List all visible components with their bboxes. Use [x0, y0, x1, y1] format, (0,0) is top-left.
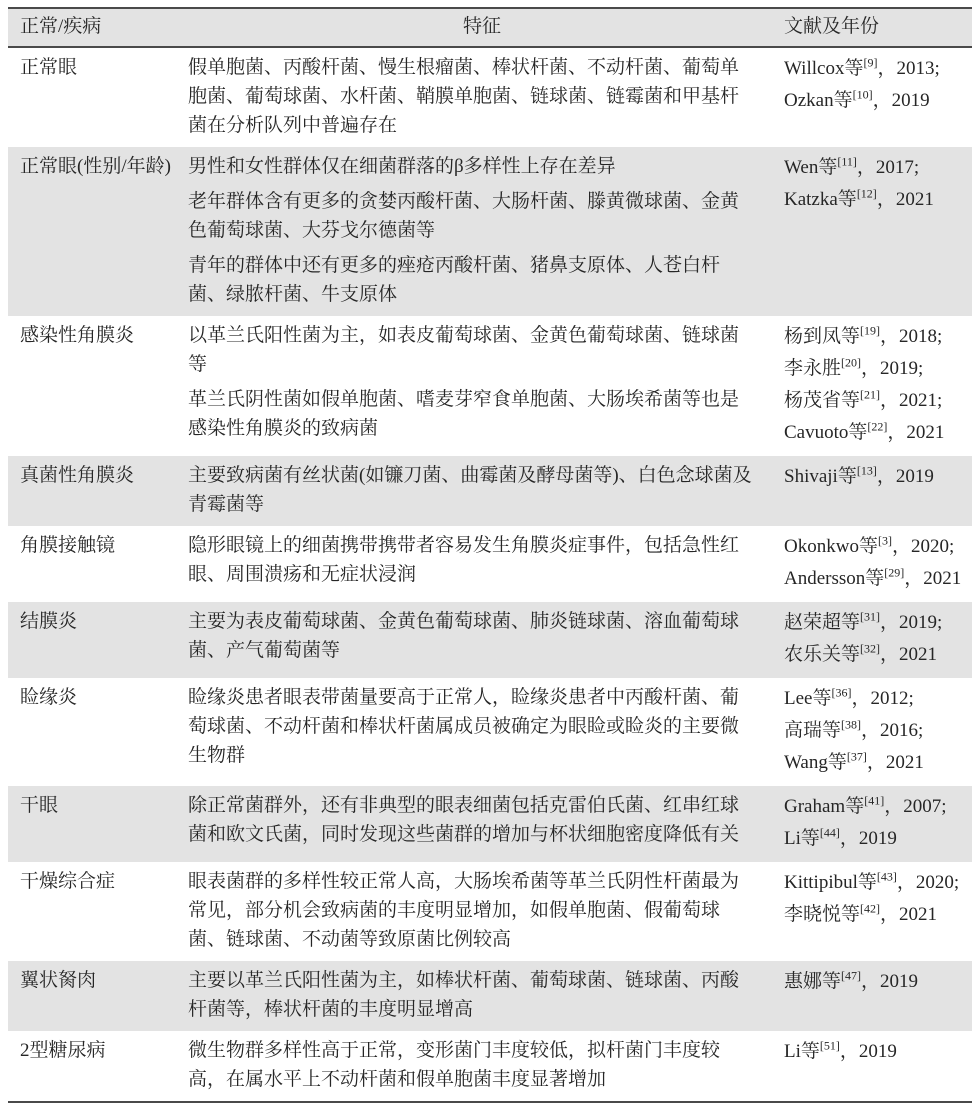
reference-year: ，2019; [880, 612, 942, 633]
citation-marker: [43] [877, 870, 897, 884]
feature-paragraph: 主要致病菌有丝状菌(如镰刀菌、曲霉菌及酵母菌等)、白色念球菌及青霉菌等 [188, 461, 754, 519]
reference-author: Willcox等 [784, 58, 863, 79]
reference-entry: Cavuoto等[22]，2021 [784, 417, 970, 449]
condition-cell: 2型糖尿病 [8, 1031, 188, 1102]
reference-author: Wen等 [784, 157, 837, 178]
reference-year: ，2012; [851, 688, 913, 709]
condition-cell: 正常眼 [8, 47, 188, 147]
feature-paragraph: 隐形眼镜上的细菌携带携带者容易发生角膜炎症事件，包括急性红眼、周围溃疡和无症状浸… [188, 531, 754, 589]
reference-entry: Willcox等[9]，2013; [784, 53, 970, 85]
reference-author: Ozkan等 [784, 90, 853, 111]
citation-marker: [22] [867, 420, 887, 434]
feature-paragraph: 眼表菌群的多样性较正常人高，大肠埃希菌等革兰氏阴性杆菌最为常见，部分机会致病菌的… [188, 867, 754, 954]
reference-author: Shivaji等 [784, 466, 857, 487]
references-cell: Lee等[36]，2012;高瑞等[38]，2016;Wang等[37]，202… [776, 678, 972, 786]
features-cell: 以革兰氏阳性菌为主，如表皮葡萄球菌、金黄色葡萄球菌、链球菌等革兰氏阴性菌如假单胞… [188, 316, 776, 456]
references-cell: Wen等[11]，2017;Katzka等[12]，2021 [776, 147, 972, 316]
feature-paragraph: 假单胞菌、丙酸杆菌、慢生根瘤菌、棒状杆菌、不动杆菌、葡萄单胞菌、葡萄球菌、水杆菌… [188, 53, 754, 140]
feature-paragraph: 男性和女性群体仅在细菌群落的β多样性上存在差异 [188, 152, 754, 181]
citation-marker: [13] [857, 464, 877, 478]
reference-author: Katzka等 [784, 189, 857, 210]
table-row: 真菌性角膜炎主要致病菌有丝状菌(如镰刀菌、曲霉菌及酵母菌等)、白色念球菌及青霉菌… [8, 456, 972, 526]
reference-entry: 李永胜[20]，2019; [784, 353, 970, 385]
feature-paragraph: 主要为表皮葡萄球菌、金黄色葡萄球菌、肺炎链球菌、溶血葡萄球菌、产气葡萄菌等 [188, 607, 754, 665]
reference-author: Kittipibul等 [784, 872, 877, 893]
feature-paragraph: 睑缘炎患者眼表带菌量要高于正常人，睑缘炎患者中丙酸杆菌、葡萄球菌、不动杆菌和棒状… [188, 683, 754, 770]
reference-year: ，2021 [880, 644, 937, 665]
table-row: 2型糖尿病微生物群多样性高于正常，变形菌门丰度较低，拟杆菌门丰度较高，在属水平上… [8, 1031, 972, 1102]
reference-year: ，2016; [861, 720, 923, 741]
condition-cell: 翼状胬肉 [8, 961, 188, 1031]
header-row: 正常/疾病 特征 文献及年份 [8, 8, 972, 47]
citation-marker: [10] [853, 88, 873, 102]
reference-author: 杨茂省等 [784, 390, 860, 411]
feature-paragraph: 革兰氏阴性菌如假单胞菌、嗜麦芽窄食单胞菌、大肠埃希菌等也是感染性角膜炎的致病菌 [188, 385, 754, 443]
features-cell: 主要致病菌有丝状菌(如镰刀菌、曲霉菌及酵母菌等)、白色念球菌及青霉菌等 [188, 456, 776, 526]
reference-entry: 赵荣超等[31]，2019; [784, 607, 970, 639]
reference-year: ，2020; [892, 536, 954, 557]
citation-marker: [21] [860, 388, 880, 402]
reference-author: Wang等 [784, 752, 847, 773]
paper-table-container: 正常/疾病 特征 文献及年份 正常眼假单胞菌、丙酸杆菌、慢生根瘤菌、棒状杆菌、不… [0, 0, 980, 1103]
column-header-features: 特征 [188, 8, 776, 47]
table-row: 感染性角膜炎以革兰氏阳性菌为主，如表皮葡萄球菌、金黄色葡萄球菌、链球菌等革兰氏阴… [8, 316, 972, 456]
column-header-references: 文献及年份 [776, 8, 972, 47]
reference-entry: Lee等[36]，2012; [784, 683, 970, 715]
reference-author: Cavuoto等 [784, 422, 867, 443]
reference-year: ，2019 [861, 971, 918, 992]
features-cell: 隐形眼镜上的细菌携带携带者容易发生角膜炎症事件，包括急性红眼、周围溃疡和无症状浸… [188, 526, 776, 602]
citation-marker: [9] [863, 56, 877, 70]
features-cell: 睑缘炎患者眼表带菌量要高于正常人，睑缘炎患者中丙酸杆菌、葡萄球菌、不动杆菌和棒状… [188, 678, 776, 786]
reference-entry: Li等[44]，2019 [784, 823, 970, 855]
reference-entry: 惠娜等[47]，2019 [784, 966, 970, 998]
references-cell: Okonkwo等[3]，2020;Andersson等[29]，2021 [776, 526, 972, 602]
ocular-microbiome-table: 正常/疾病 特征 文献及年份 正常眼假单胞菌、丙酸杆菌、慢生根瘤菌、棒状杆菌、不… [8, 7, 972, 1103]
reference-year: ，2021 [877, 189, 934, 210]
features-cell: 男性和女性群体仅在细菌群落的β多样性上存在差异老年群体含有更多的贪婪丙酸杆菌、大… [188, 147, 776, 316]
reference-author: 赵荣超等 [784, 612, 860, 633]
condition-cell: 干燥综合症 [8, 862, 188, 961]
reference-year: ，2019 [840, 1041, 897, 1062]
feature-paragraph: 以革兰氏阳性菌为主，如表皮葡萄球菌、金黄色葡萄球菌、链球菌等 [188, 321, 754, 379]
condition-cell: 角膜接触镜 [8, 526, 188, 602]
reference-year: ，2018; [880, 326, 942, 347]
condition-cell: 睑缘炎 [8, 678, 188, 786]
reference-entry: Okonkwo等[3]，2020; [784, 531, 970, 563]
reference-author: 李晓悦等 [784, 904, 860, 925]
reference-entry: Andersson等[29]，2021 [784, 563, 970, 595]
reference-author: Andersson等 [784, 568, 884, 589]
reference-entry: Wen等[11]，2017; [784, 152, 970, 184]
reference-author: Li等 [784, 828, 820, 849]
reference-author: Li等 [784, 1041, 820, 1062]
references-cell: Shivaji等[13]，2019 [776, 456, 972, 526]
reference-entry: 杨茂省等[21]，2021; [784, 385, 970, 417]
feature-paragraph: 青年的群体中还有更多的痤疮丙酸杆菌、猪鼻支原体、人苍白杆菌、绿脓杆菌、牛支原体 [188, 251, 754, 309]
reference-author: 李永胜 [784, 358, 841, 379]
citation-marker: [32] [860, 642, 880, 656]
condition-cell: 真菌性角膜炎 [8, 456, 188, 526]
table-row: 正常眼假单胞菌、丙酸杆菌、慢生根瘤菌、棒状杆菌、不动杆菌、葡萄单胞菌、葡萄球菌、… [8, 47, 972, 147]
table-body: 正常眼假单胞菌、丙酸杆菌、慢生根瘤菌、棒状杆菌、不动杆菌、葡萄单胞菌、葡萄球菌、… [8, 47, 972, 1102]
features-cell: 微生物群多样性高于正常，变形菌门丰度较低，拟杆菌门丰度较高，在属水平上不动杆菌和… [188, 1031, 776, 1102]
reference-author: 惠娜等 [784, 971, 841, 992]
reference-year: ，2019 [840, 828, 897, 849]
reference-entry: Wang等[37]，2021 [784, 747, 970, 779]
reference-entry: 高瑞等[38]，2016; [784, 715, 970, 747]
reference-entry: Shivaji等[13]，2019 [784, 461, 970, 493]
citation-marker: [51] [820, 1039, 840, 1053]
reference-year: ，2020; [897, 872, 959, 893]
features-cell: 假单胞菌、丙酸杆菌、慢生根瘤菌、棒状杆菌、不动杆菌、葡萄单胞菌、葡萄球菌、水杆菌… [188, 47, 776, 147]
reference-entry: 杨到凤等[19]，2018; [784, 321, 970, 353]
table-row: 干眼除正常菌群外，还有非典型的眼表细菌包括克雷伯氏菌、红串红球菌和欧文氏菌，同时… [8, 786, 972, 862]
reference-entry: 李晓悦等[42]，2021 [784, 899, 970, 931]
feature-paragraph: 微生物群多样性高于正常，变形菌门丰度较低，拟杆菌门丰度较高，在属水平上不动杆菌和… [188, 1036, 754, 1094]
feature-paragraph: 老年群体含有更多的贪婪丙酸杆菌、大肠杆菌、滕黄微球菌、金黄色葡萄球菌、大芬戈尔德… [188, 187, 754, 245]
reference-entry: 农乐关等[32]，2021 [784, 639, 970, 671]
citation-marker: [3] [878, 534, 892, 548]
table-row: 角膜接触镜隐形眼镜上的细菌携带携带者容易发生角膜炎症事件，包括急性红眼、周围溃疡… [8, 526, 972, 602]
reference-author: Lee等 [784, 688, 831, 709]
reference-author: 农乐关等 [784, 644, 860, 665]
citation-marker: [31] [860, 610, 880, 624]
citation-marker: [12] [857, 187, 877, 201]
citation-marker: [41] [864, 794, 884, 808]
citation-marker: [38] [841, 718, 861, 732]
citation-marker: [37] [847, 750, 867, 764]
reference-year: ，2021; [880, 390, 942, 411]
table-row: 睑缘炎睑缘炎患者眼表带菌量要高于正常人，睑缘炎患者中丙酸杆菌、葡萄球菌、不动杆菌… [8, 678, 972, 786]
citation-marker: [20] [841, 356, 861, 370]
reference-year: ，2019 [873, 90, 930, 111]
features-cell: 除正常菌群外，还有非典型的眼表细菌包括克雷伯氏菌、红串红球菌和欧文氏菌，同时发现… [188, 786, 776, 862]
reference-entry: Li等[51]，2019 [784, 1036, 970, 1068]
citation-marker: [42] [860, 902, 880, 916]
table-row: 正常眼(性别/年龄)男性和女性群体仅在细菌群落的β多样性上存在差异老年群体含有更… [8, 147, 972, 316]
features-cell: 主要为表皮葡萄球菌、金黄色葡萄球菌、肺炎链球菌、溶血葡萄球菌、产气葡萄菌等 [188, 602, 776, 678]
reference-author: 杨到凤等 [784, 326, 860, 347]
reference-year: ，2021 [887, 422, 944, 443]
table-row: 干燥综合症眼表菌群的多样性较正常人高，大肠埃希菌等革兰氏阴性杆菌最为常见，部分机… [8, 862, 972, 961]
reference-author: 高瑞等 [784, 720, 841, 741]
features-cell: 主要以革兰氏阳性菌为主，如棒状杆菌、葡萄球菌、链球菌、丙酸杆菌等，棒状杆菌的丰度… [188, 961, 776, 1031]
citation-marker: [29] [884, 566, 904, 580]
feature-paragraph: 主要以革兰氏阳性菌为主，如棒状杆菌、葡萄球菌、链球菌、丙酸杆菌等，棒状杆菌的丰度… [188, 966, 754, 1024]
condition-cell: 干眼 [8, 786, 188, 862]
references-cell: 惠娜等[47]，2019 [776, 961, 972, 1031]
column-header-condition: 正常/疾病 [8, 8, 188, 47]
reference-year: ，2021 [880, 904, 937, 925]
table-row: 结膜炎主要为表皮葡萄球菌、金黄色葡萄球菌、肺炎链球菌、溶血葡萄球菌、产气葡萄菌等… [8, 602, 972, 678]
reference-year: ，2019 [877, 466, 934, 487]
features-cell: 眼表菌群的多样性较正常人高，大肠埃希菌等革兰氏阴性杆菌最为常见，部分机会致病菌的… [188, 862, 776, 961]
references-cell: Graham等[41]，2007;Li等[44]，2019 [776, 786, 972, 862]
condition-cell: 结膜炎 [8, 602, 188, 678]
reference-author: Graham等 [784, 796, 864, 817]
references-cell: Kittipibul等[43]，2020;李晓悦等[42]，2021 [776, 862, 972, 961]
table-row: 翼状胬肉主要以革兰氏阳性菌为主，如棒状杆菌、葡萄球菌、链球菌、丙酸杆菌等，棒状杆… [8, 961, 972, 1031]
reference-entry: Ozkan等[10]，2019 [784, 85, 970, 117]
references-cell: Li等[51]，2019 [776, 1031, 972, 1102]
reference-year: ，2019; [861, 358, 923, 379]
citation-marker: [44] [820, 826, 840, 840]
reference-entry: Kittipibul等[43]，2020; [784, 867, 970, 899]
citation-marker: [36] [831, 686, 851, 700]
references-cell: 赵荣超等[31]，2019;农乐关等[32]，2021 [776, 602, 972, 678]
reference-year: ，2013; [877, 58, 939, 79]
reference-entry: Graham等[41]，2007; [784, 791, 970, 823]
feature-paragraph: 除正常菌群外，还有非典型的眼表细菌包括克雷伯氏菌、红串红球菌和欧文氏菌，同时发现… [188, 791, 754, 849]
table-header: 正常/疾病 特征 文献及年份 [8, 8, 972, 47]
citation-marker: [11] [837, 155, 857, 169]
reference-author: Okonkwo等 [784, 536, 878, 557]
citation-marker: [19] [860, 324, 880, 338]
references-cell: Willcox等[9]，2013;Ozkan等[10]，2019 [776, 47, 972, 147]
condition-cell: 正常眼(性别/年龄) [8, 147, 188, 316]
citation-marker: [47] [841, 969, 861, 983]
references-cell: 杨到凤等[19]，2018;李永胜[20]，2019;杨茂省等[21]，2021… [776, 316, 972, 456]
condition-cell: 感染性角膜炎 [8, 316, 188, 456]
reference-year: ，2021 [904, 568, 961, 589]
reference-entry: Katzka等[12]，2021 [784, 184, 970, 216]
reference-year: ，2021 [867, 752, 924, 773]
reference-year: ，2017; [857, 157, 919, 178]
reference-year: ，2007; [884, 796, 946, 817]
